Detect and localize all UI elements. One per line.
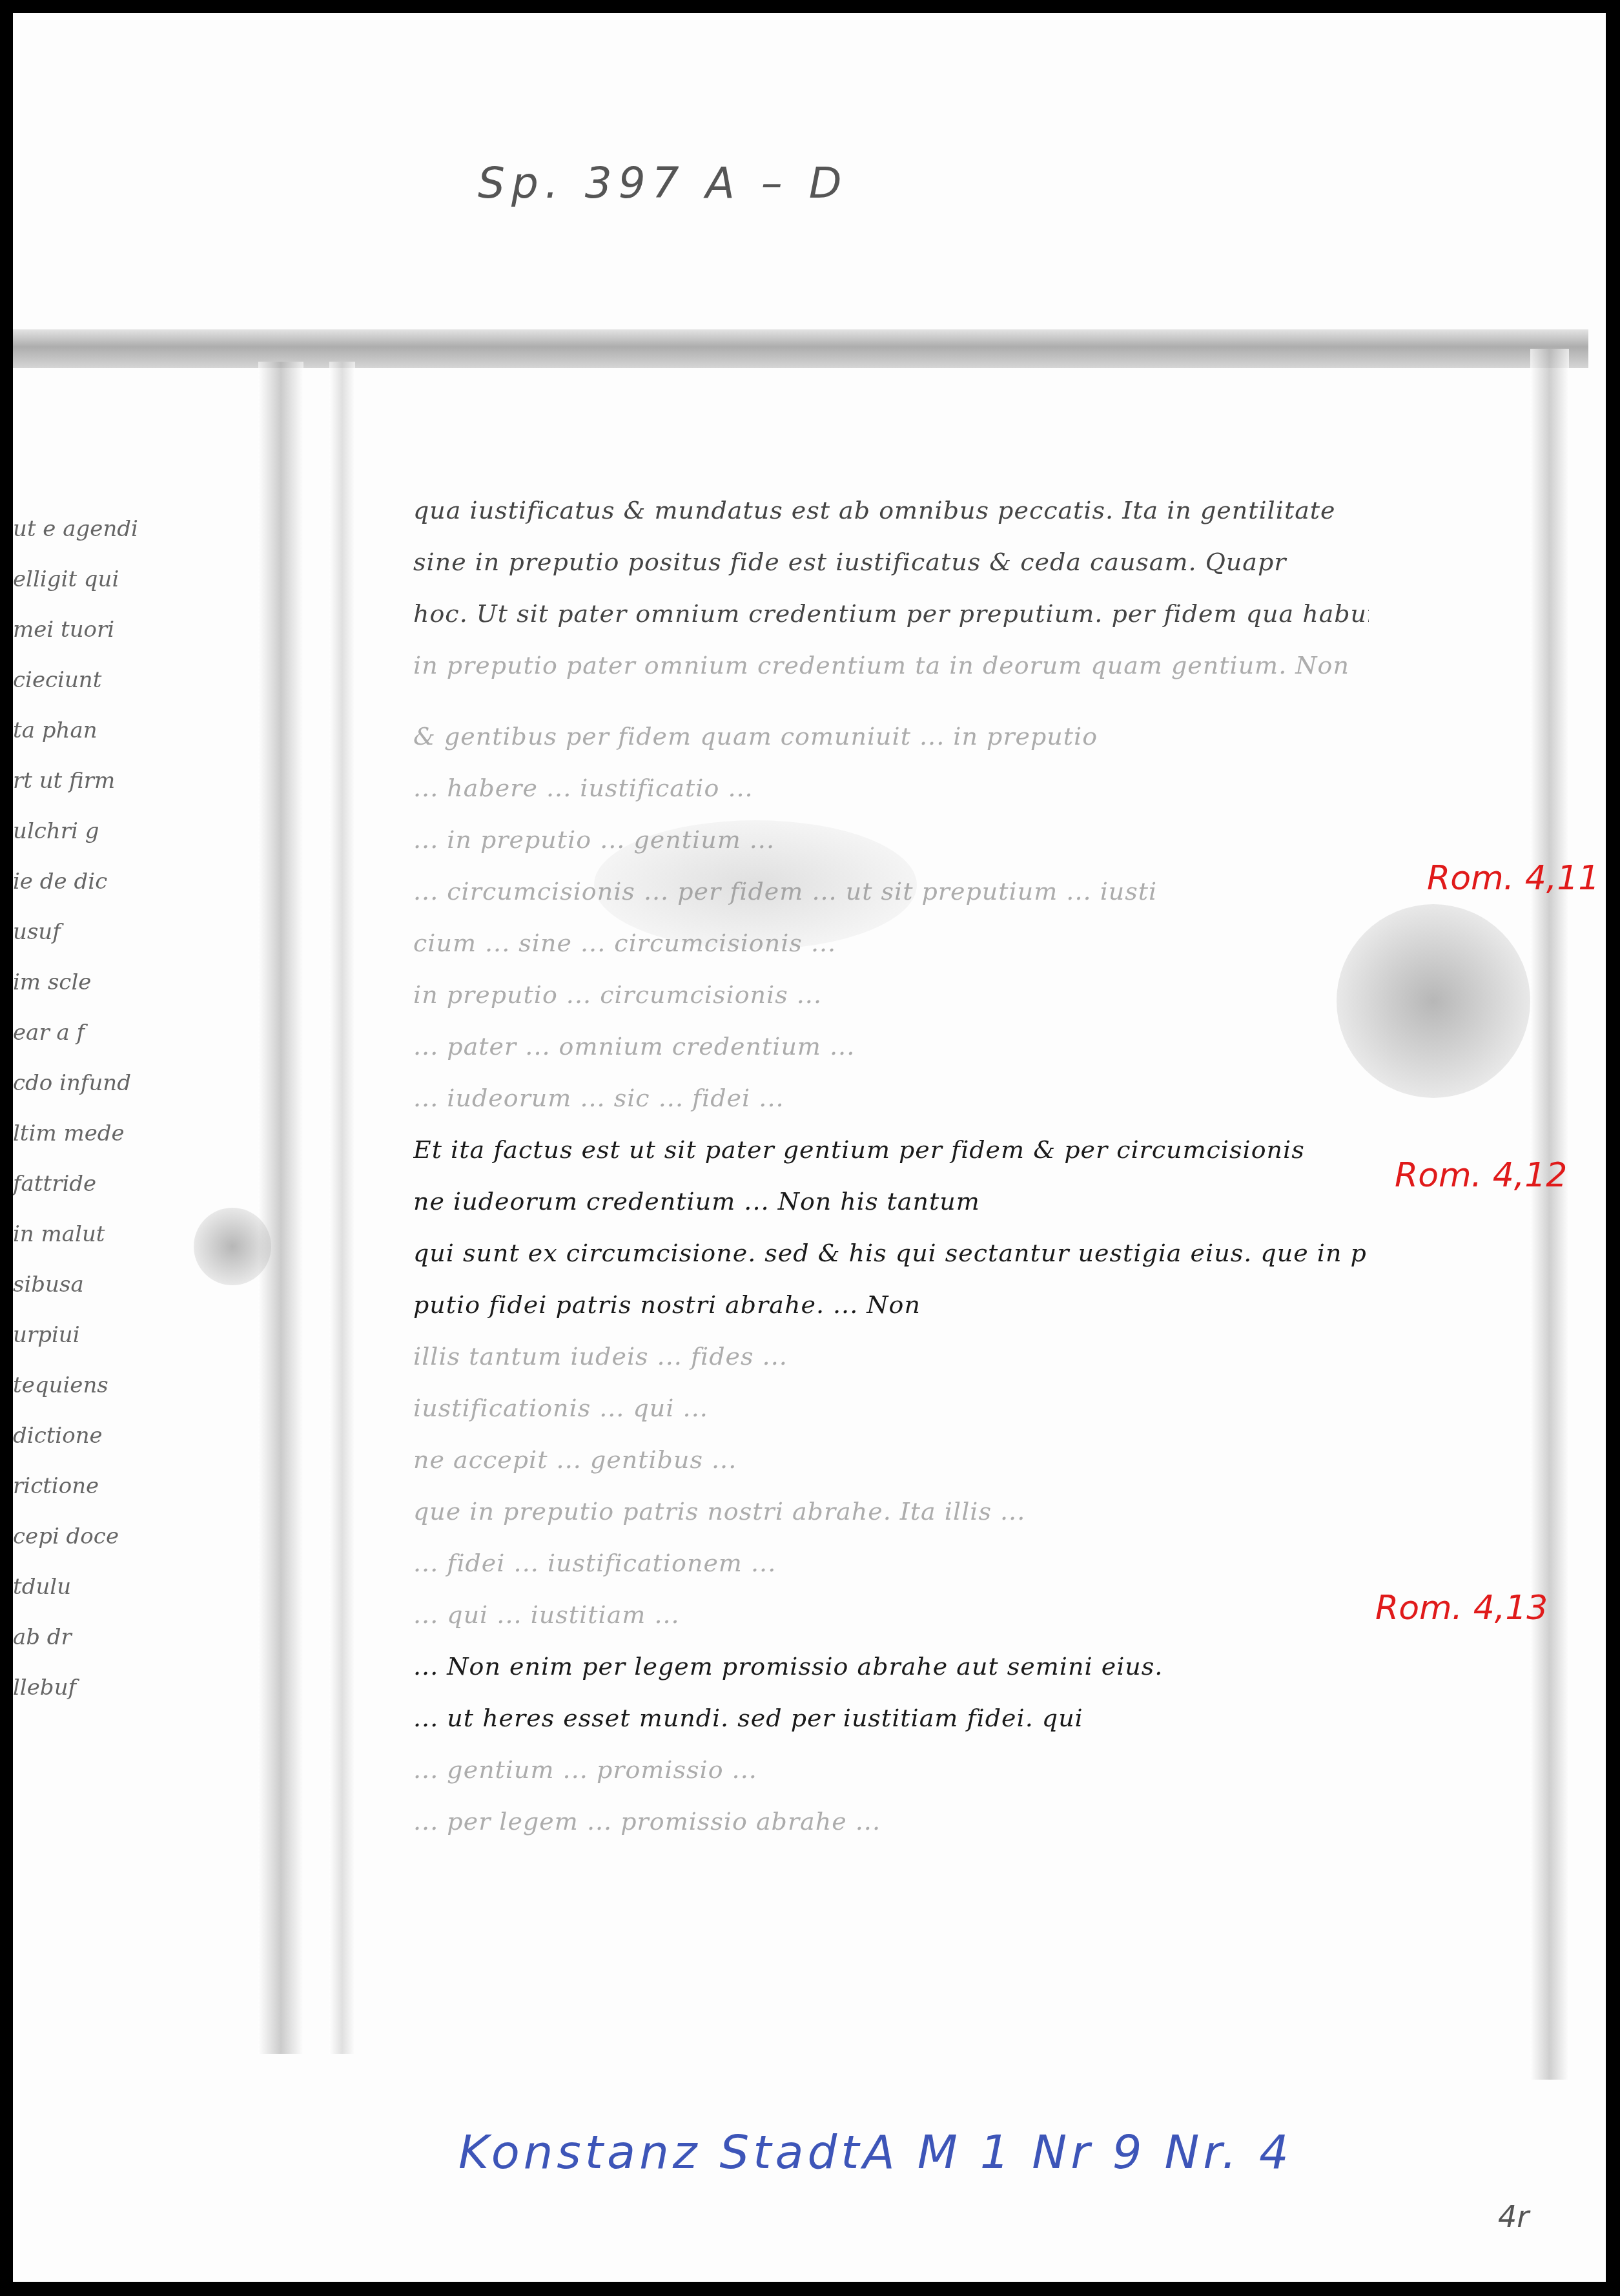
- manuscript-line: ... in preputio ... gentium ...: [413, 814, 1369, 865]
- folio-number: 4r: [1498, 2199, 1529, 2234]
- leaf-right-edge: [1530, 349, 1569, 2080]
- verse-reference-rom-4-11: Rom. 4,11: [1427, 859, 1599, 898]
- fragment-line: mei tuori: [13, 605, 258, 655]
- manuscript-line: illis tantum iudeis ... fides ...: [413, 1330, 1369, 1382]
- manuscript-line: qui sunt ex circumcisione. sed & his qui…: [413, 1227, 1369, 1279]
- main-text-column: qua iustificatus & mundatus est ab omnib…: [413, 484, 1369, 1847]
- scanned-page: Sp. 397 A – D ut e agendi elligit qui me…: [13, 13, 1606, 2282]
- manuscript-line: in preputio ... circumcisionis ...: [413, 969, 1369, 1020]
- manuscript-line: sine in preputio positus fide est iustif…: [413, 536, 1369, 588]
- manuscript-line: ... circumcisionis ... per fidem ... ut …: [413, 865, 1369, 917]
- fragment-line: dictione: [13, 1411, 258, 1461]
- verse-reference-rom-4-12: Rom. 4,12: [1395, 1156, 1567, 1195]
- manuscript-line: ne accepit ... gentibus ...: [413, 1434, 1369, 1485]
- fragment-line: rictione: [13, 1461, 258, 1511]
- manuscript-line: Et ita factus est ut sit pater gentium p…: [413, 1124, 1369, 1175]
- fragment-line: im scle: [13, 957, 258, 1008]
- fragment-line: cdo infund: [13, 1058, 258, 1108]
- fragment-line: ltim mede: [13, 1108, 258, 1159]
- manuscript-line: cium ... sine ... circumcisionis ...: [413, 917, 1369, 969]
- manuscript-line: hoc. Ut sit pater omnium credentium per …: [413, 588, 1369, 639]
- fragment-line: sibusa: [13, 1259, 258, 1310]
- manuscript-line: iustificationis ... qui ...: [413, 1382, 1369, 1434]
- leaf-fold-shadow: [13, 329, 1588, 368]
- previous-column-fragments: ut e agendi elligit qui mei tuori cieciu…: [13, 626, 258, 1713]
- archive-reference: Konstanz StadtA M 1 Nr 9 Nr. 4: [458, 2125, 1293, 2179]
- fragment-line: ulchri g: [13, 806, 258, 856]
- fragment-line: rt ut firm: [13, 756, 258, 806]
- fragment-line: elligit qui: [13, 554, 258, 605]
- fragment-line: ear a f: [13, 1008, 258, 1058]
- fragment-line: ut e agendi: [13, 504, 258, 554]
- manuscript-line: ... gentium ... promissio ...: [413, 1744, 1369, 1795]
- fragment-line: tequiens: [13, 1360, 258, 1411]
- fragment-line: ab dr: [13, 1612, 258, 1662]
- fragment-line: ta phan: [13, 705, 258, 756]
- fragment-line: in malut: [13, 1209, 258, 1259]
- fragment-line: llebuf: [13, 1662, 258, 1713]
- fragment-line: usuf: [13, 907, 258, 957]
- manuscript-line: ... iudeorum ... sic ... fidei ...: [413, 1072, 1369, 1124]
- gutter-fold-secondary: [329, 362, 355, 2054]
- manuscript-line: que in preputio patris nostri abrahe. It…: [413, 1485, 1369, 1537]
- manuscript-line: & gentibus per fidem quam comuniuit ... …: [413, 710, 1369, 762]
- manuscript-line: ... Non enim per legem promissio abrahe …: [413, 1640, 1369, 1692]
- fragment-line: urpiui: [13, 1310, 258, 1360]
- manuscript-line: ... fidei ... iustificationem ...: [413, 1537, 1369, 1589]
- manuscript-line: in preputio pater omnium credentium ta i…: [413, 639, 1369, 691]
- manuscript-line: ne iudeorum credentium ... Non his tantu…: [413, 1175, 1369, 1227]
- manuscript-line: putio fidei patris nostri abrahe. ... No…: [413, 1279, 1369, 1330]
- fragment-line: tdulu: [13, 1562, 258, 1612]
- fragment-line: ie de dic: [13, 856, 258, 907]
- manuscript-line: ... ut heres esset mundi. sed per iustit…: [413, 1692, 1369, 1744]
- verse-reference-rom-4-13: Rom. 4,13: [1375, 1589, 1548, 1628]
- manuscript-line: ... pater ... omnium credentium ...: [413, 1020, 1369, 1072]
- shelfmark-annotation: Sp. 397 A – D: [478, 158, 848, 208]
- fragment-line: cepi doce: [13, 1511, 258, 1562]
- manuscript-line: ... habere ... iustificatio ...: [413, 762, 1369, 814]
- manuscript-line: ... per legem ... promissio abrahe ...: [413, 1795, 1369, 1847]
- manuscript-line: qua iustificatus & mundatus est ab omnib…: [413, 484, 1369, 536]
- gutter-fold: [258, 362, 303, 2054]
- fragment-line: cieciunt: [13, 655, 258, 705]
- fragment-line: fattride: [13, 1159, 258, 1209]
- manuscript-line: ... qui ... iustitiam ...: [413, 1589, 1369, 1640]
